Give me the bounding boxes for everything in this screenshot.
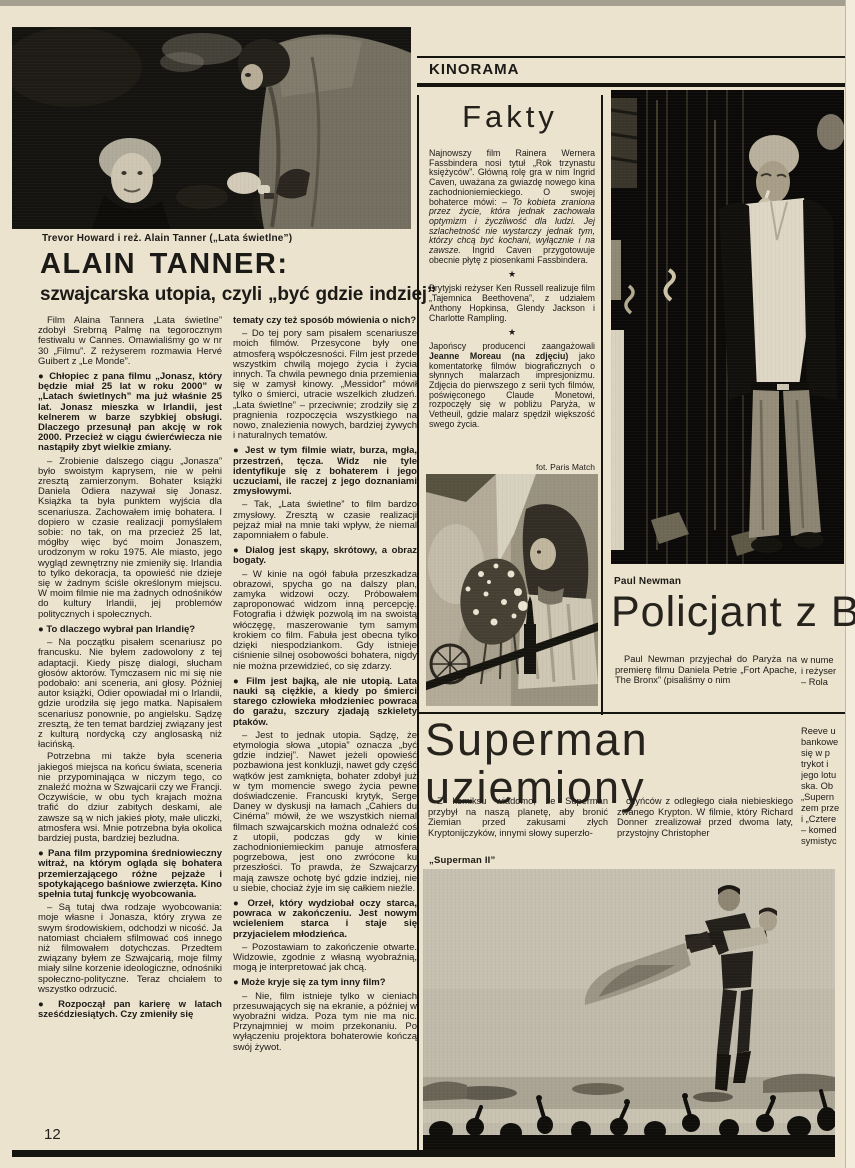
main-column-divider bbox=[417, 95, 419, 1151]
tanner-headline-line2: szwajcarska utopia, czyli „być gdzie ind… bbox=[40, 284, 436, 306]
superman-column-2: czyńców z odległego ciała niebieskiego z… bbox=[617, 796, 793, 838]
tanner-headline-line1: ALAIN TANNER: bbox=[40, 248, 289, 281]
text-fragment: – Rola bbox=[801, 677, 845, 688]
tanner-photo-caption: Trevor Howard i reż. Alain Tanner („Lata… bbox=[42, 233, 292, 244]
paragraph: – Do tej pory sam pisałem scenariusze mo… bbox=[233, 329, 417, 441]
paragraph: – Tak, „Lata świetlne” to film bardzo zm… bbox=[233, 500, 417, 541]
newman-photo-caption: Paul Newman bbox=[614, 576, 681, 587]
tanner-column-2: tematy czy też sposób mówienia o nich?– … bbox=[233, 316, 417, 1150]
paragraph: Z komiksu wiadomo, że Superman przybył n… bbox=[428, 796, 608, 838]
superman-cutoff-column: Reeve ubankowesię w ptrykot ijego lotusk… bbox=[801, 726, 845, 847]
kinorama-section-label: KINORAMA bbox=[429, 61, 520, 78]
paragraph: ● Pana film przypomina średniowieczny wi… bbox=[38, 849, 222, 900]
paragraph: ● Film jest bajką, ale nie utopią. Lata … bbox=[233, 677, 417, 728]
paragraph: Brytyjski reżyser Ken Russell realizuje … bbox=[429, 284, 595, 323]
paragraph: Potrzebna mi także była sceneria jakiego… bbox=[38, 752, 222, 844]
text-fragment: Reeve u bbox=[801, 726, 845, 737]
policjant-paragraph: Paul Newman przyjechał do Paryża na prem… bbox=[615, 654, 797, 686]
text-fragment: i reżyser bbox=[801, 666, 845, 677]
paragraph: ● Rozpoczął pan karierę w latach sześćdz… bbox=[38, 1000, 222, 1020]
paragraph: ● Może kryje się za tym inny film? bbox=[233, 978, 417, 988]
newman-photo bbox=[611, 90, 844, 564]
magazine-page: { "scan": { "section_label": "KINORAMA",… bbox=[0, 0, 855, 1168]
text-fragment: i „Cztere bbox=[801, 814, 845, 825]
text-fragment: w nume bbox=[801, 655, 845, 666]
paragraph: ★ bbox=[429, 269, 595, 280]
paragraph: ● Orzeł, który wydziobał oczy starca, po… bbox=[233, 899, 417, 940]
page-right-edge bbox=[845, 0, 855, 1168]
text-fragment: bankowe bbox=[801, 737, 845, 748]
tanner-column-1: Film Alaina Tannera „Lata świetlne” zdob… bbox=[38, 316, 222, 1150]
paragraph: ★ bbox=[429, 327, 595, 338]
text-fragment: jego lotu bbox=[801, 770, 845, 781]
text-fragment: „Supern bbox=[801, 792, 845, 803]
paragraph: ● To dlaczego wybrał pan Irlandię? bbox=[38, 625, 222, 635]
tanner-photo-art bbox=[12, 27, 411, 229]
paragraph: Film Alaina Tannera „Lata świetlne” zdob… bbox=[38, 316, 222, 367]
newman-photo-art bbox=[611, 90, 844, 564]
page-number: 12 bbox=[44, 1126, 61, 1143]
superman-column-1: Z komiksu wiadomo, że Superman przybył n… bbox=[428, 796, 608, 838]
paragraph: Najnowszy film Rainera Wernera Fassbinde… bbox=[429, 149, 595, 265]
paragraph: – Są tutaj dwa rodzaje wyobcowania: moje… bbox=[38, 903, 222, 995]
text-fragment: zem prze bbox=[801, 803, 845, 814]
paragraph: ● Chłopiec z pana filmu „Jonasz, który b… bbox=[38, 372, 222, 454]
kinorama-top-rule bbox=[417, 56, 845, 58]
text-fragment: symistyc bbox=[801, 836, 845, 847]
superman-headline-line1: Superman bbox=[425, 716, 649, 764]
paragraph: – W kinie na ogół fabuła przeszkadza obr… bbox=[233, 570, 417, 672]
text-fragment: trykot i bbox=[801, 759, 845, 770]
paragraph: ● Dialog jest skąpy, skrótowy, a obraz b… bbox=[233, 546, 417, 566]
fakty-right-border bbox=[601, 95, 603, 715]
superman-photo bbox=[423, 869, 835, 1150]
scan-top-edge bbox=[0, 0, 855, 6]
paragraph: ● Jest w tym filmie wiatr, burza, mgła, … bbox=[233, 446, 417, 497]
text-fragment: ska. Ob bbox=[801, 781, 845, 792]
paragraph: – Jest to jednak utopia. Sądzę, że etymo… bbox=[233, 731, 417, 894]
superman-photo-art bbox=[423, 869, 835, 1150]
policjant-cutoff-column: w numei reżyser– Rola bbox=[801, 655, 845, 688]
fakty-photo-credit: fot. Paris Match bbox=[429, 462, 595, 472]
superman-photo-caption: „Superman II” bbox=[429, 855, 495, 866]
moreau-photo-art bbox=[426, 474, 598, 706]
bottom-bar bbox=[12, 1150, 835, 1157]
tanner-photo bbox=[12, 27, 411, 229]
paragraph: czyńców z odległego ciała niebieskiego z… bbox=[617, 796, 793, 838]
paragraph: Japońscy producenci zaangażowali Jeanne … bbox=[429, 342, 595, 429]
policjant-headline: Policjant z Bro bbox=[611, 588, 855, 637]
moreau-photo bbox=[426, 474, 598, 706]
paragraph: – Pozostawiam to zakończenie otwarte. Wi… bbox=[233, 943, 417, 974]
fakty-title: Fakty bbox=[418, 99, 602, 135]
paragraph: Paul Newman przyjechał do Paryża na prem… bbox=[615, 654, 797, 686]
paragraph: – Na początku pisałem scenariusz po fran… bbox=[38, 638, 222, 750]
kinorama-bottom-rule bbox=[417, 83, 845, 87]
paragraph: – Nie, film istnieje tylko w cieniach pr… bbox=[233, 992, 417, 1053]
fakty-news-list: Najnowszy film Rainera Wernera Fassbinde… bbox=[429, 149, 595, 432]
text-fragment: – komed bbox=[801, 825, 845, 836]
paragraph: tematy czy też sposób mówienia o nich? bbox=[233, 316, 417, 326]
text-fragment: się w p bbox=[801, 748, 845, 759]
paragraph: – Zrobienie dalszego ciągu „Jonasza” był… bbox=[38, 457, 222, 620]
